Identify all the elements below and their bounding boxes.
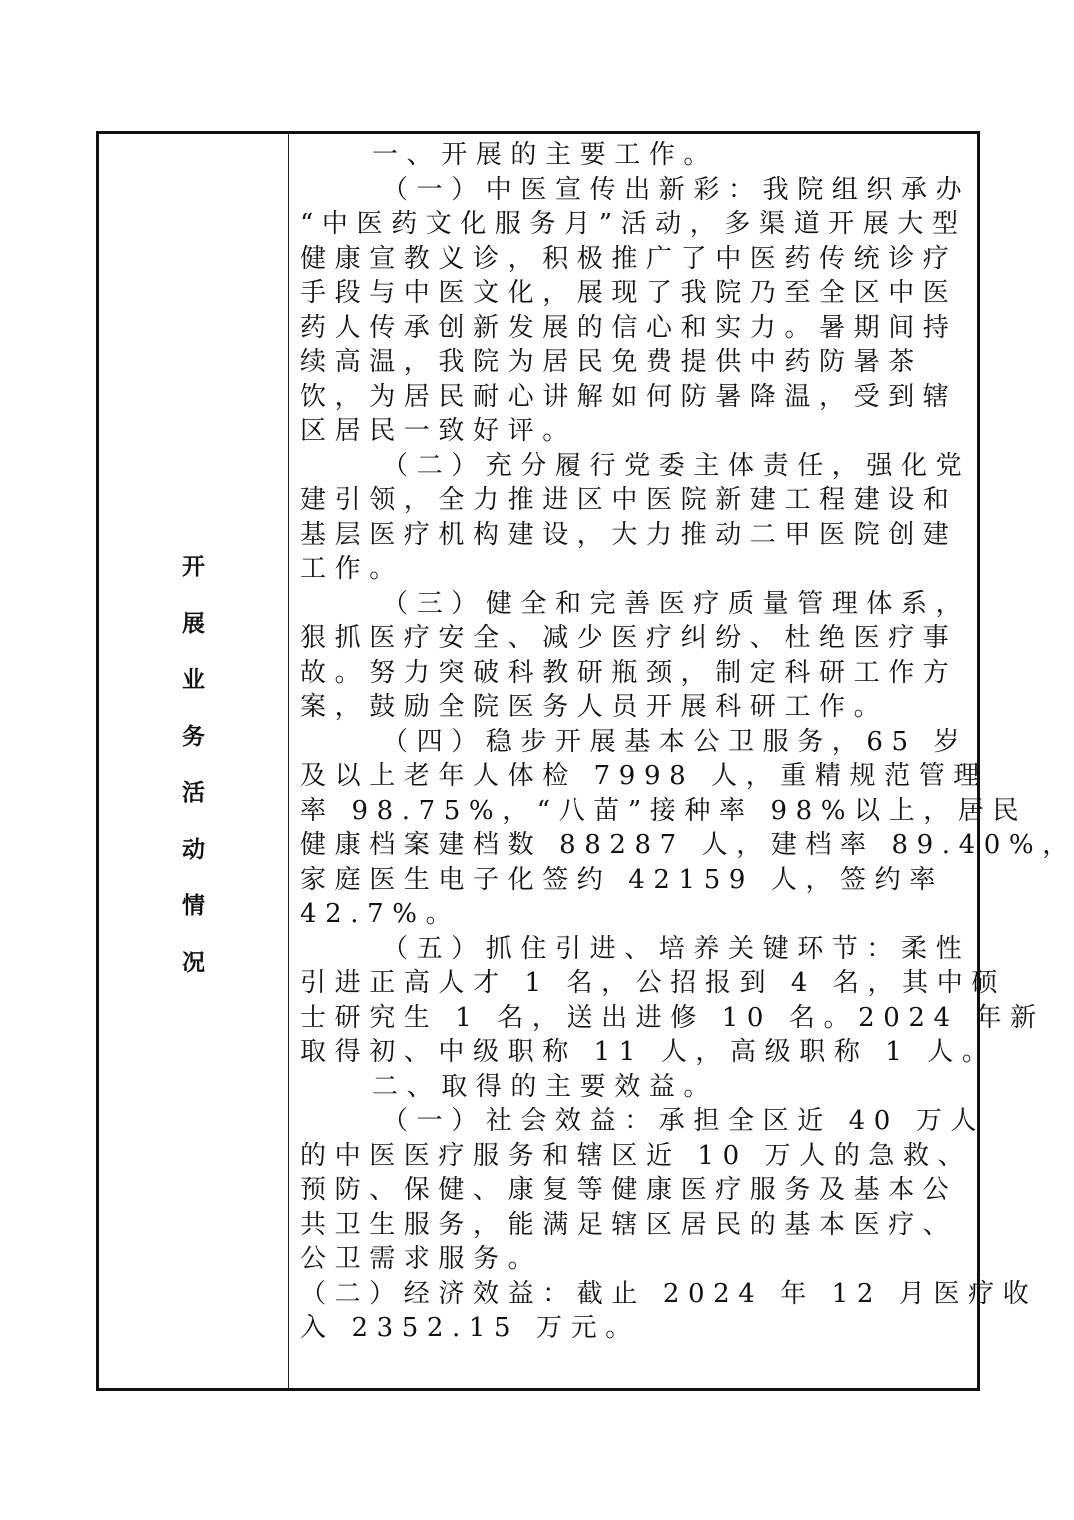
content-line: 健康宣教义诊，积极推广了中医药传统诊疗 (300, 242, 968, 277)
content-line: 故。努力突破科教研瓶颈，制定科研工作方 (300, 656, 968, 691)
content-line: （二）充分履行党委主体责任，强化党 (300, 449, 968, 484)
label-char: 活 (182, 778, 205, 835)
content-line: 健康档案建档数 88287 人，建档率 89.40%， (300, 828, 968, 863)
content-line: 药人传承创新发展的信心和实力。暑期间持 (300, 311, 968, 346)
row-label: 开展业务活动情况 (99, 552, 288, 1004)
content-line: 饮，为居民耐心讲解如何防暑降温，受到辖 (300, 380, 968, 415)
content-line: （一）社会效益：承担全区近 40 万人 (300, 1104, 968, 1139)
label-char: 业 (182, 665, 205, 722)
label-char: 况 (182, 948, 205, 1005)
label-char: 展 (182, 609, 205, 666)
label-char: 务 (182, 722, 205, 779)
content-line: 区居民一致好评。 (300, 414, 968, 449)
content-cell: 一、开展的主要工作。（一）中医宣传出新彩：我院组织承办“中医药文化服务月”活动，… (300, 138, 968, 1346)
content-line: 取得初、中级职称 11 人，高级职称 1 人。 (300, 1035, 968, 1070)
content-line: 狠抓医疗安全、减少医疗纠纷、杜绝医疗事 (300, 621, 968, 656)
content-line: 案，鼓励全院医务人员开展科研工作。 (300, 690, 968, 725)
content-line: 家庭医生电子化签约 42159 人，签约率 (300, 863, 968, 898)
report-table: 开展业务活动情况 一、开展的主要工作。（一）中医宣传出新彩：我院组织承办“中医药… (96, 131, 980, 1391)
content-line: （四）稳步开展基本公卫服务，65 岁 (300, 725, 968, 760)
content-line: 42.7%。 (300, 897, 968, 932)
label-cell: 开展业务活动情况 (99, 134, 288, 1388)
content-line: 入 2352.15 万元。 (300, 1311, 968, 1346)
content-line: 的中医医疗服务和辖区近 10 万人的急救、 (300, 1139, 968, 1174)
content-line: 及以上老年人体检 7998 人，重精规范管理 (300, 759, 968, 794)
content-line: 二、取得的主要效益。 (300, 1070, 968, 1105)
content-line: 引进正高人才 1 名，公招报到 4 名，其中硕 (300, 966, 968, 1001)
content-line: “中医药文化服务月”活动，多渠道开展大型 (300, 207, 968, 242)
content-line: 士研究生 1 名，送出进修 10 名。2024 年新 (300, 1001, 968, 1036)
column-divider (288, 134, 289, 1388)
content-line: （二）经济效益：截止 2024 年 12 月医疗收 (300, 1277, 968, 1312)
content-line: 工作。 (300, 552, 968, 587)
label-char: 情 (182, 891, 205, 948)
content-line: 预防、保健、康复等健康医疗服务及基本公 (300, 1173, 968, 1208)
label-char: 动 (182, 835, 205, 892)
content-line: 基层医疗机构建设，大力推动二甲医院创建 (300, 518, 968, 553)
content-line: （一）中医宣传出新彩：我院组织承办 (300, 173, 968, 208)
content-line: 率 98.75%，“八苗”接种率 98%以上，居民 (300, 794, 968, 829)
label-char: 开 (182, 552, 205, 609)
content-line: （三）健全和完善医疗质量管理体系， (300, 587, 968, 622)
content-line: （五）抓住引进、培养关键环节：柔性 (300, 932, 968, 967)
content-line: 手段与中医文化，展现了我院乃至全区中医 (300, 276, 968, 311)
content-line: 一、开展的主要工作。 (300, 138, 968, 173)
content-line: 共卫生服务，能满足辖区居民的基本医疗、 (300, 1208, 968, 1243)
content-line: 建引领，全力推进区中医院新建工程建设和 (300, 483, 968, 518)
content-line: 公卫需求服务。 (300, 1242, 968, 1277)
content-line: 续高温，我院为居民免费提供中药防暑茶 (300, 345, 968, 380)
